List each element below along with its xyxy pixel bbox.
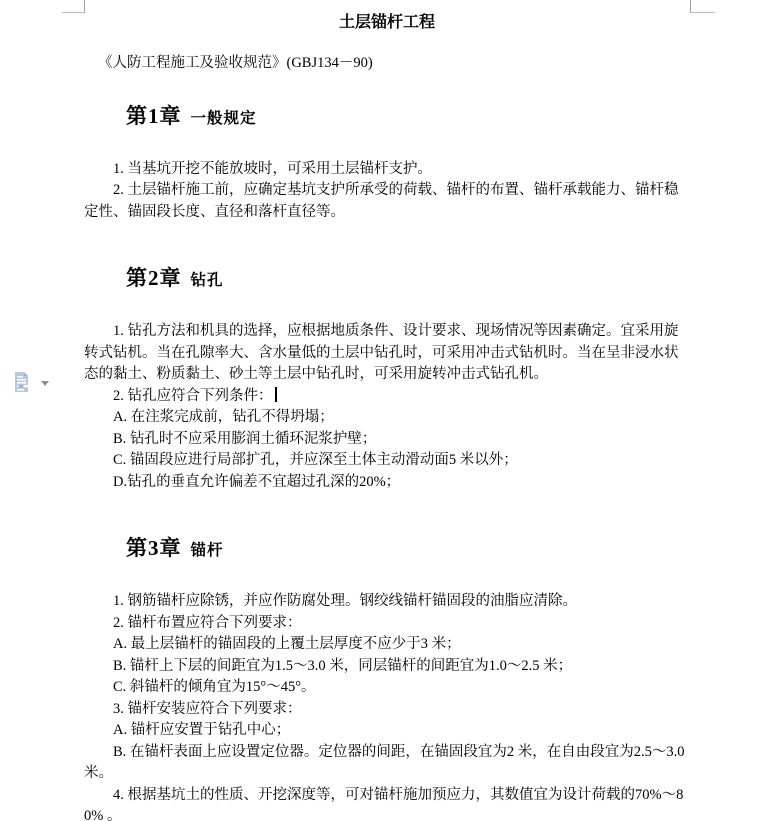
margin-crop-mark-top-right <box>690 0 715 13</box>
paragraph[interactable]: A. 在注浆完成前，钻孔不得坍塌； <box>84 407 690 429</box>
paragraph[interactable]: B. 锚杆上下层的间距宜为1.5～3.0 米，同层锚杆的间距宜为1.0～2.5 … <box>84 656 690 678</box>
chapter-heading[interactable]: 第3章锚杆 <box>84 535 690 564</box>
chapter-number: 第2章 <box>126 266 182 290</box>
paragraph[interactable]: 1. 钻孔方法和机具的选择，应根据地质条件、设计要求、现场情况等因素确定。宜采用… <box>84 321 690 386</box>
word-document-page[interactable]: 土层锚杆工程 《人防工程施工及验收规范》(GBJ134－90) 第1章一般规定1… <box>0 0 779 821</box>
paragraph[interactable]: C. 锚固段应进行局部扩孔，并应深至土体主动滑动面5 米以外； <box>84 450 690 472</box>
chapter-number: 第3章 <box>126 536 182 560</box>
chapter-title: 钻孔 <box>191 272 224 289</box>
document-title: 土层锚杆工程 <box>84 11 690 35</box>
document-content: 土层锚杆工程 《人防工程施工及验收规范》(GBJ134－90) 第1章一般规定1… <box>0 11 779 821</box>
paragraph[interactable]: 3. 锚杆安装应符合下列要求： <box>84 699 690 721</box>
paragraph[interactable]: 2. 土层锚杆施工前，应确定基坑支护所承受的荷载、锚杆的布置、锚杆承载能力、锚杆… <box>84 180 690 223</box>
chapter-heading[interactable]: 第2章钻孔 <box>84 265 690 294</box>
chapter: 第2章钻孔1. 钻孔方法和机具的选择，应根据地质条件、设计要求、现场情况等因素确… <box>84 265 690 493</box>
chapter-heading[interactable]: 第1章一般规定 <box>84 103 690 132</box>
paragraph[interactable]: 1. 当基坑开挖不能放坡时，可采用土层锚杆支护。 <box>84 159 690 181</box>
paragraph[interactable]: A. 最上层锚杆的锚固段的上覆土层厚度不应少于3 米； <box>84 634 690 656</box>
chapter-number: 第1章 <box>126 104 182 128</box>
chapters-container: 第1章一般规定1. 当基坑开挖不能放坡时，可采用土层锚杆支护。2. 土层锚杆施工… <box>84 103 690 821</box>
paragraph[interactable]: 4. 根据基坑土的性质、开挖深度等，可对锚杆施加预应力，其数值宜为设计荷载的70… <box>84 785 690 821</box>
margin-crop-mark-top-left <box>62 0 85 13</box>
paragraph[interactable]: B. 钻孔时不应采用膨润土循环泥浆护壁； <box>84 429 690 451</box>
chapter: 第3章锚杆1. 钢筋锚杆应除锈，并应作防腐处理。钢绞线锚杆锚固段的油脂应清除。2… <box>84 535 690 821</box>
text-cursor <box>275 387 277 402</box>
paragraph[interactable]: 2. 钻孔应符合下列条件： <box>84 386 690 408</box>
paste-options-button[interactable] <box>14 372 50 394</box>
paragraph[interactable]: B. 在锚杆表面上应设置定位器。定位器的间距，在锚固段宜为2 米，在自由段宜为2… <box>84 742 690 785</box>
chevron-down-icon[interactable] <box>41 381 49 386</box>
chapter-title: 一般规定 <box>191 110 257 127</box>
paragraph[interactable]: 2. 锚杆布置应符合下列要求： <box>84 613 690 635</box>
chapter: 第1章一般规定1. 当基坑开挖不能放坡时，可采用土层锚杆支护。2. 土层锚杆施工… <box>84 103 690 224</box>
document-page-icon <box>14 372 32 392</box>
paragraph[interactable]: C. 斜锚杆的倾角宜为15°～45°。 <box>84 677 690 699</box>
paragraph[interactable]: A. 锚杆应安置于钻孔中心； <box>84 720 690 742</box>
paragraph[interactable]: D.钻孔的垂直允许偏差不宜超过孔深的20%； <box>84 472 690 494</box>
chapter-title: 锚杆 <box>191 542 224 559</box>
paragraph[interactable]: 1. 钢筋锚杆应除锈，并应作防腐处理。钢绞线锚杆锚固段的油脂应清除。 <box>84 591 690 613</box>
document-subtitle[interactable]: 《人防工程施工及验收规范》(GBJ134－90) <box>84 53 690 75</box>
